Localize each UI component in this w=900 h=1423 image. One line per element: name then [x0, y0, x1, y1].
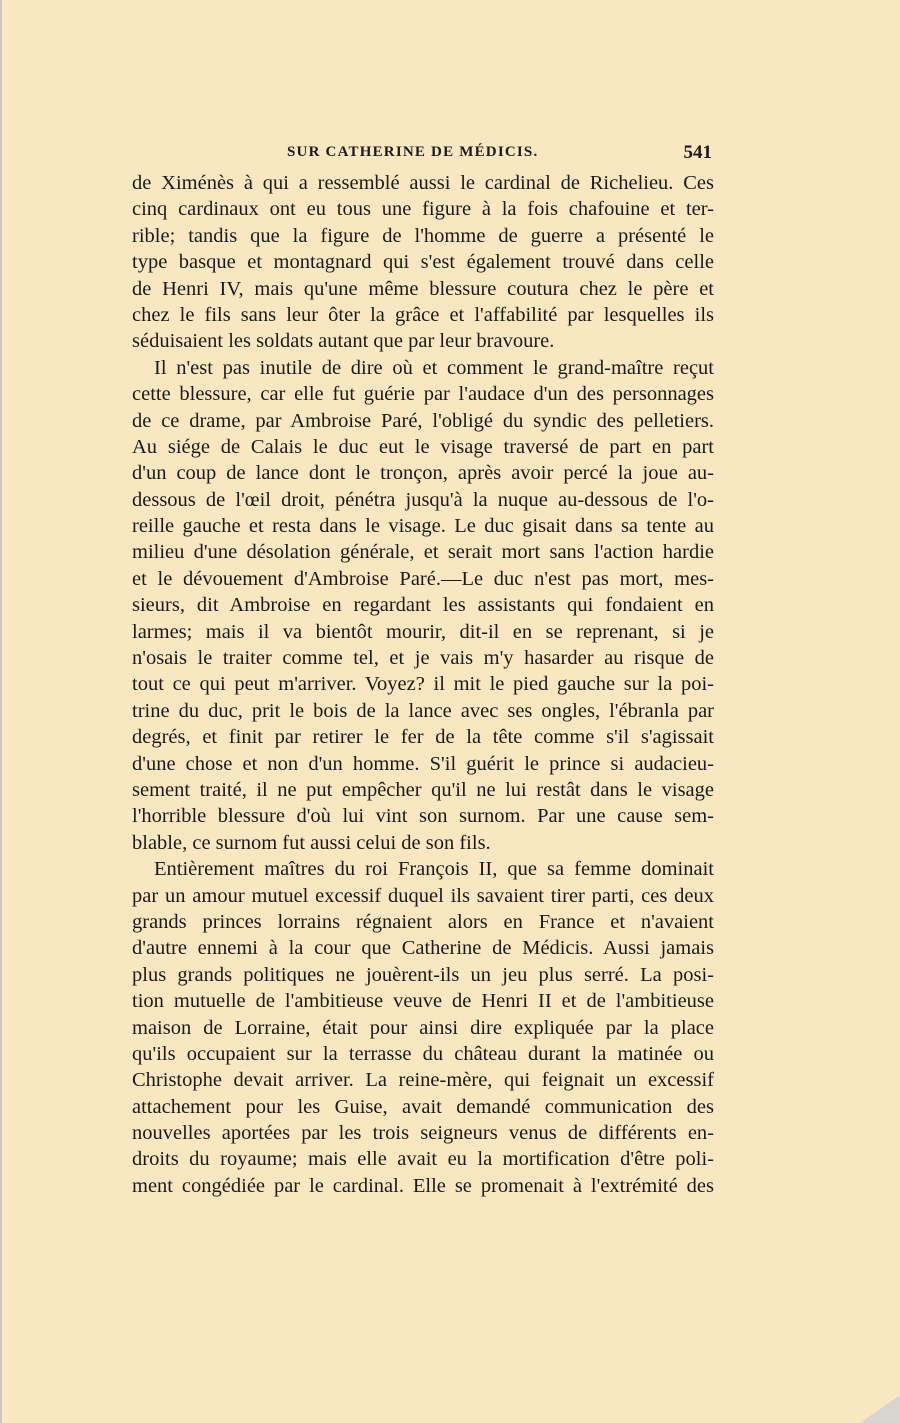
text-line: sieurs, dit Ambroise en regardant les as…	[132, 592, 714, 618]
text-line: d'un coup de lance dont le tronçon, aprè…	[132, 460, 714, 486]
text-line: blable, ce surnom fut aussi celui de son…	[132, 830, 714, 856]
text-line: de Henri IV, mais qu'une même blessure c…	[132, 276, 714, 302]
text-line: larmes; mais il va bientôt mourir, dit-i…	[132, 619, 714, 645]
page-edge	[0, 0, 2, 1423]
body-text: de Ximénès à qui a ressemblé aussi le ca…	[132, 170, 714, 1199]
running-header: SUR CATHERINE DE MÉDICIS. 541	[132, 140, 712, 164]
text-line: nouvelles aportées par les trois seigneu…	[132, 1120, 714, 1146]
text-line: qu'ils occupaient sur la terrasse du châ…	[132, 1041, 714, 1067]
page-number: 541	[684, 142, 713, 164]
text-line: ment congédiée par le cardinal. Elle se …	[132, 1173, 714, 1199]
text-line: et le dévouement d'Ambroise Paré.—Le duc…	[132, 566, 714, 592]
text-line: droits du royaume; mais elle avait eu la…	[132, 1146, 714, 1172]
text-line: rible; tandis que la figure de l'homme d…	[132, 223, 714, 249]
running-title: SUR CATHERINE DE MÉDICIS.	[287, 144, 538, 161]
text-line: n'osais le traiter comme tel, et je vais…	[132, 645, 714, 671]
book-page: SUR CATHERINE DE MÉDICIS. 541 de Ximénès…	[2, 0, 900, 1423]
text-line: d'une chose et non d'un homme. S'il guér…	[132, 751, 714, 777]
text-line: cinq cardinaux ont eu tous une figure à …	[132, 196, 714, 222]
text-line: tout ce qui peut m'arriver. Voyez? il mi…	[132, 671, 714, 697]
text-line: de ce drame, par Ambroise Paré, l'obligé…	[132, 408, 714, 434]
text-line: chez le fils sans leur ôter la grâce et …	[132, 302, 714, 328]
text-line: grands princes lorrains régnaient alors …	[132, 909, 714, 935]
text-line: de Ximénès à qui a ressemblé aussi le ca…	[132, 170, 714, 196]
text-line: d'autre ennemi à la cour que Catherine d…	[132, 935, 714, 961]
text-line: séduisaient les soldats autant que par l…	[132, 328, 714, 354]
text-line: plus grands politiques ne jouèrent-ils u…	[132, 962, 714, 988]
text-line: dessous de l'œil droit, pénétra jusqu'à …	[132, 487, 714, 513]
text-line: cette blessure, car elle fut guérie par …	[132, 381, 714, 407]
text-line: par un amour mutuel excessif duquel ils …	[132, 883, 714, 909]
text-line: Au siége de Calais le duc eut le visage …	[132, 434, 714, 460]
text-line: tion mutuelle de l'ambitieuse veuve de H…	[132, 988, 714, 1014]
text-line: Christophe devait arriver. La reine-mère…	[132, 1067, 714, 1093]
text-line: reille gauche et resta dans le visage. L…	[132, 513, 714, 539]
text-line: trine du duc, prit le bois de la lance a…	[132, 698, 714, 724]
text-line: milieu d'une désolation générale, et ser…	[132, 539, 714, 565]
text-line: sement traité, il ne put empêcher qu'il …	[132, 777, 714, 803]
text-line: attachement pour les Guise, avait demand…	[132, 1094, 714, 1120]
text-line: Il n'est pas inutile de dire où et comme…	[132, 355, 714, 381]
text-line: type basque et montagnard qui s'est égal…	[132, 249, 714, 275]
text-line: maison de Lorraine, était pour ainsi dir…	[132, 1015, 714, 1041]
text-line: l'horrible blessure d'où lui vint son su…	[132, 803, 714, 829]
text-line: degrés, et finit par retirer le fer de l…	[132, 724, 714, 750]
text-line: Entièrement maîtres du roi François II, …	[132, 856, 714, 882]
